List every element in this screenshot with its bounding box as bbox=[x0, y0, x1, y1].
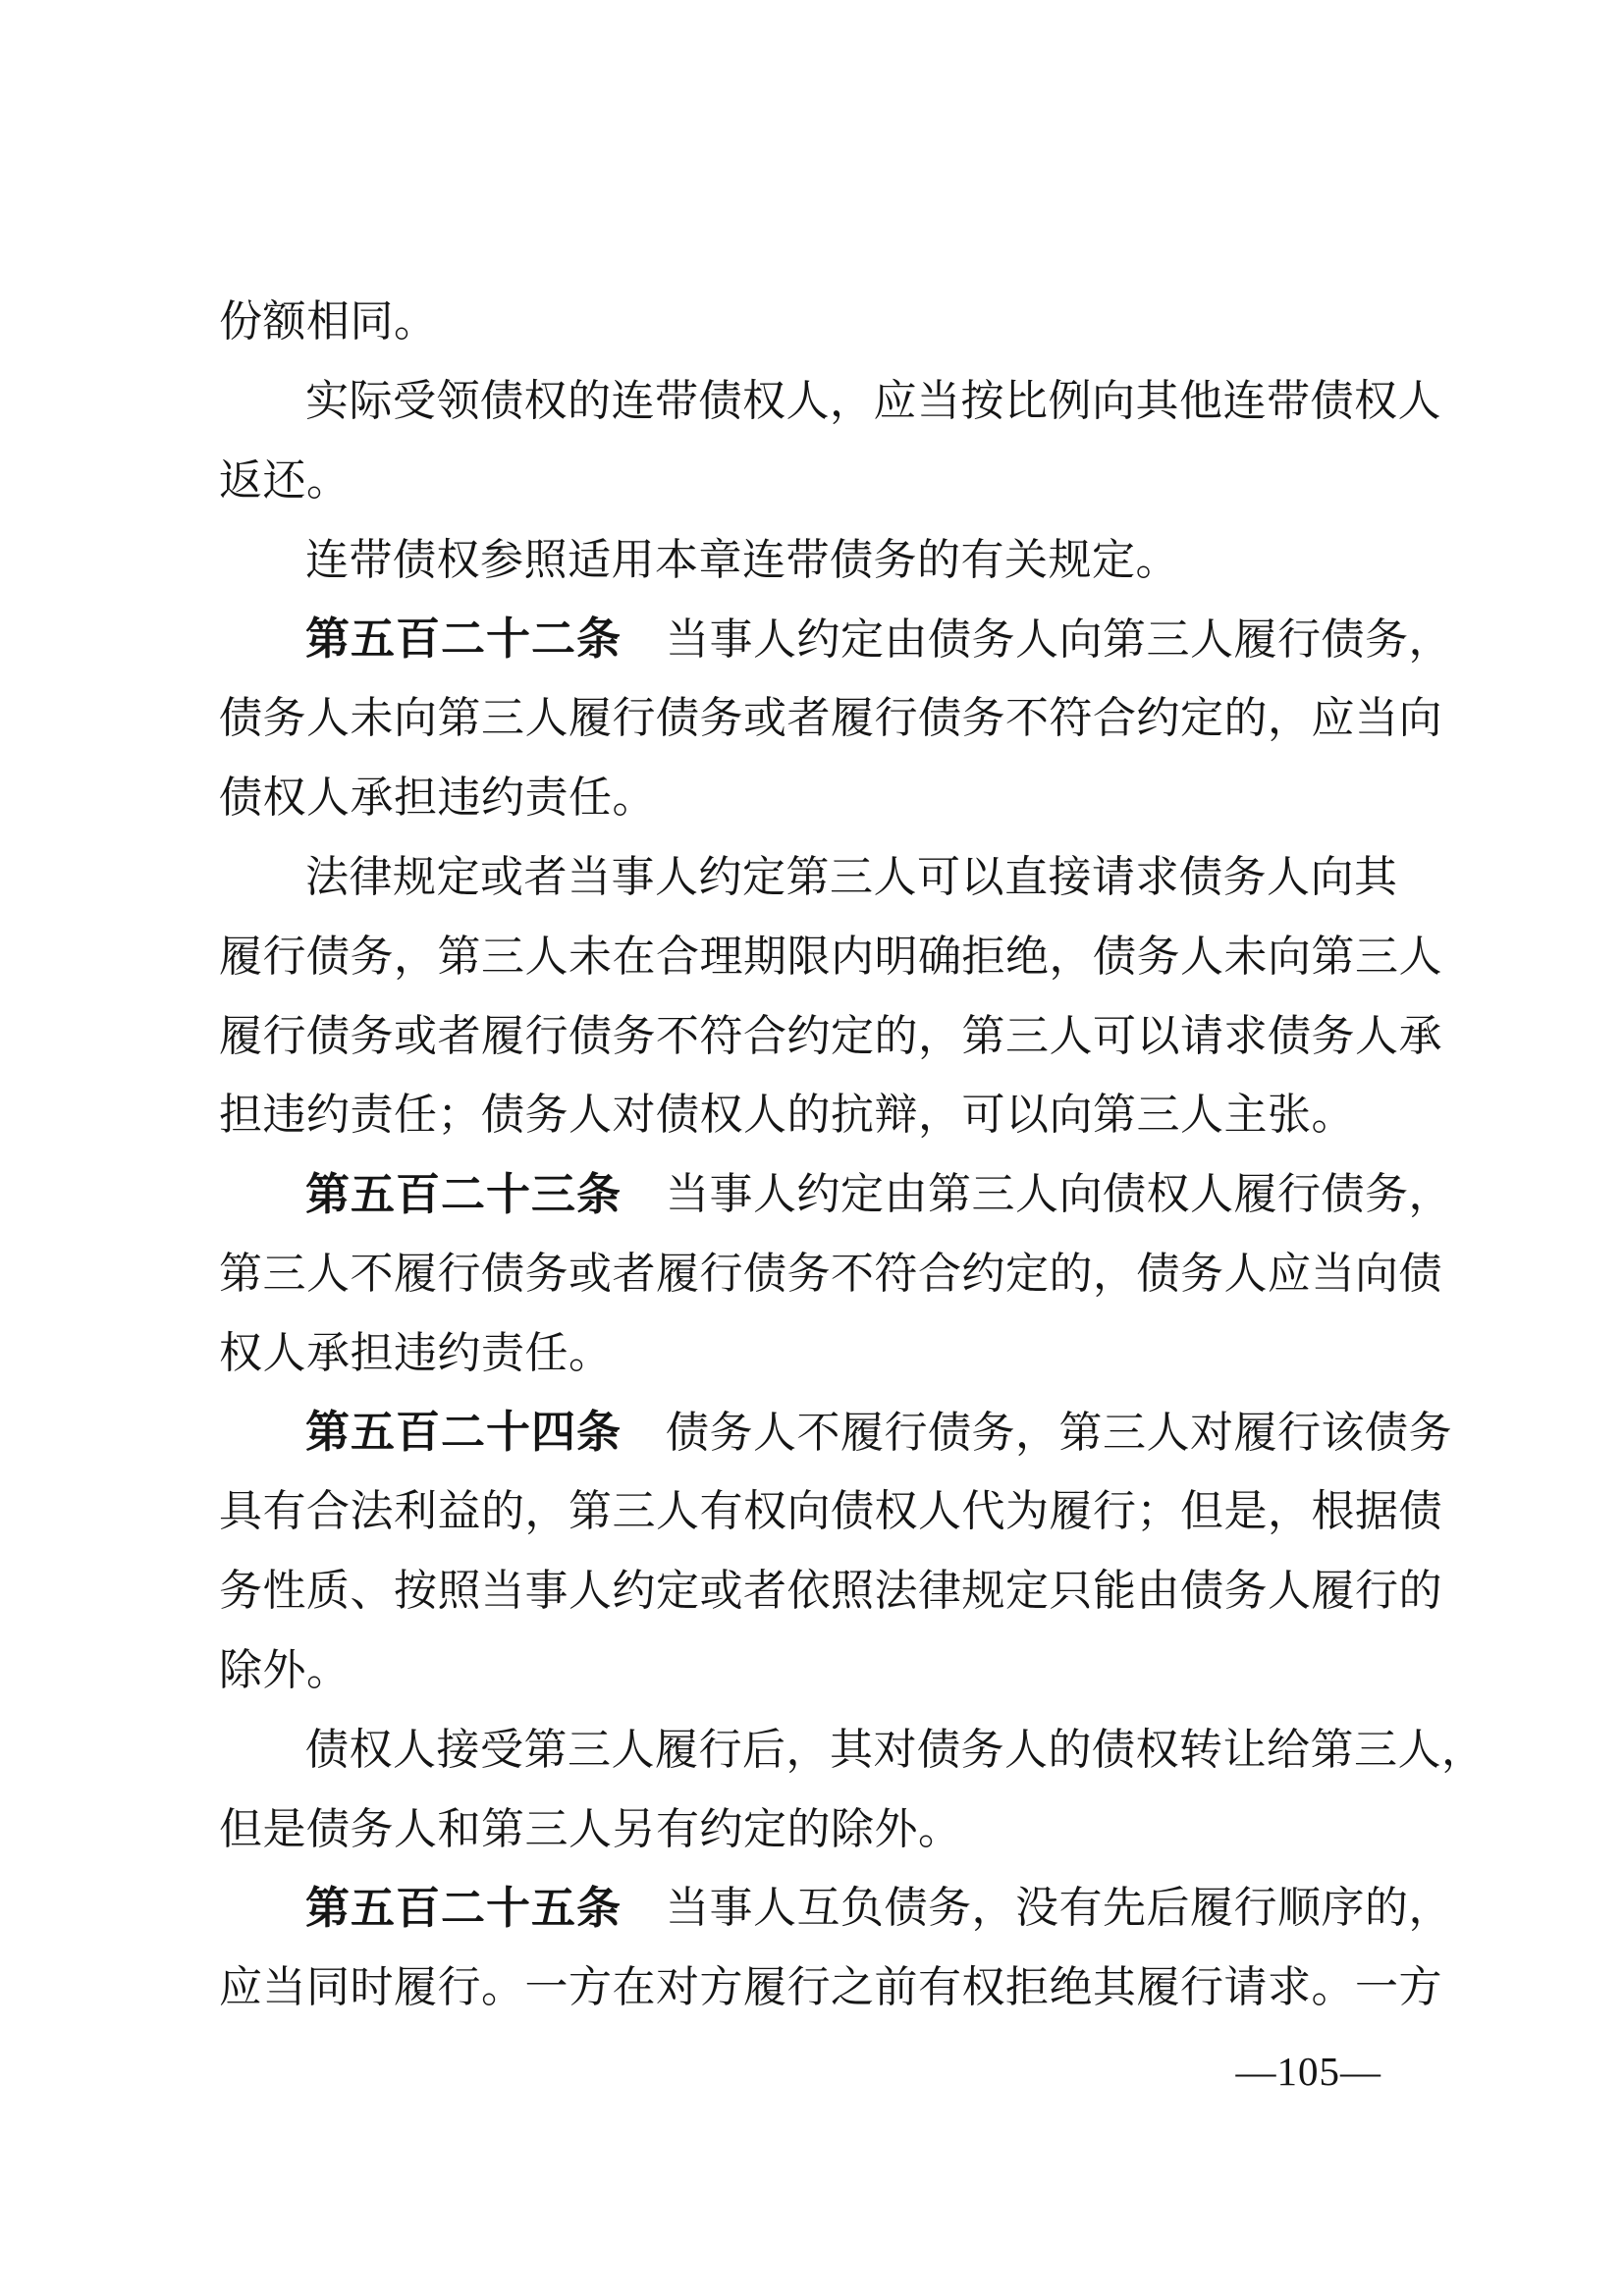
line-text: 除外。 bbox=[219, 1634, 351, 1697]
text-line: 返还。 bbox=[219, 437, 1456, 516]
line-text: 债务人未向第三人履行债务或者履行债务不符合约定的，应当向 bbox=[219, 682, 1442, 745]
line-text: 担违约责任；债务人对债权人的抗辩，可以向第三人主张。 bbox=[219, 1079, 1355, 1142]
line-text: 份额相同。 bbox=[219, 286, 438, 348]
text-line: 债务人未向第三人履行债务或者履行债务不符合约定的，应当向 bbox=[219, 674, 1456, 754]
line-text: 连带债权参照适用本章连带债务的有关规定。 bbox=[305, 524, 1179, 587]
text-line: 具有合法利益的，第三人有权向债权人代为履行；但是，根据债 bbox=[219, 1468, 1456, 1547]
text-line: 份额相同。 bbox=[219, 278, 1456, 357]
article-number: 第五百二十三条 bbox=[305, 1158, 622, 1222]
text-line: 债权人接受第三人履行后，其对债务人的债权转让给第三人， bbox=[219, 1705, 1456, 1785]
line-text: 债权人接受第三人履行后，其对债务人的债权转让给第三人， bbox=[305, 1714, 1486, 1777]
text-line: 实际受领债权的连带债权人，应当按比例向其他连带债权人 bbox=[219, 357, 1456, 437]
line-text: 当事人约定由债务人向第三人履行债务， bbox=[666, 604, 1452, 667]
text-line: 务性质、按照当事人约定或者依照法律规定只能由债务人履行的 bbox=[219, 1547, 1456, 1627]
article-heading-line: 第五百二十二条当事人约定由债务人向第三人履行债务， bbox=[219, 595, 1456, 674]
text-line: 但是债务人和第三人另有约定的除外。 bbox=[219, 1785, 1456, 1864]
line-text: 具有合法利益的，第三人有权向债权人代为履行；但是，根据债 bbox=[219, 1475, 1442, 1538]
line-text: 权人承担违约责任。 bbox=[219, 1317, 613, 1380]
article-number: 第五百二十二条 bbox=[305, 603, 622, 667]
article-heading-line: 第五百二十三条当事人约定由第三人向债权人履行债务， bbox=[219, 1150, 1456, 1230]
text-line: 应当同时履行。一方在对方履行之前有权拒绝其履行请求。一方 bbox=[219, 1944, 1456, 2023]
line-text: 债权人承担违约责任。 bbox=[219, 762, 656, 825]
line-text: 债务人不履行债务，第三人对履行该债务 bbox=[666, 1397, 1452, 1460]
text-line: 法律规定或者当事人约定第三人可以直接请求债务人向其 bbox=[219, 833, 1456, 913]
text-line: 担违约责任；债务人对债权人的抗辩，可以向第三人主张。 bbox=[219, 1071, 1456, 1150]
line-text: 返还。 bbox=[219, 445, 351, 507]
line-text: 履行债务，第三人未在合理期限内明确拒绝，债务人未向第三人 bbox=[219, 921, 1442, 984]
text-line: 债权人承担违约责任。 bbox=[219, 754, 1456, 833]
text-line: 连带债权参照适用本章连带债务的有关规定。 bbox=[219, 515, 1456, 595]
line-text: 第三人不履行债务或者履行债务不符合约定的，债务人应当向债 bbox=[219, 1238, 1442, 1301]
text-line: 履行债务，第三人未在合理期限内明确拒绝，债务人未向第三人 bbox=[219, 912, 1456, 991]
text-line: 第三人不履行债务或者履行债务不符合约定的，债务人应当向债 bbox=[219, 1230, 1456, 1309]
line-text: 当事人约定由第三人向债权人履行债务， bbox=[666, 1158, 1452, 1221]
line-text: 应当同时履行。一方在对方履行之前有权拒绝其履行请求。一方 bbox=[219, 1951, 1442, 2014]
article-heading-line: 第五百二十四条债务人不履行债务，第三人对履行该债务 bbox=[219, 1388, 1456, 1468]
article-number: 第五百二十五条 bbox=[305, 1872, 622, 1936]
text-line: 履行债务或者履行债务不符合约定的，第三人可以请求债务人承 bbox=[219, 991, 1456, 1071]
line-text: 实际受领债权的连带债权人，应当按比例向其他连带债权人 bbox=[305, 365, 1441, 428]
article-heading-line: 第五百二十五条当事人互负债务，没有先后履行顺序的， bbox=[219, 1864, 1456, 1944]
article-number: 第五百二十四条 bbox=[305, 1396, 622, 1460]
text-line: 除外。 bbox=[219, 1627, 1456, 1706]
line-text: 但是债务人和第三人另有约定的除外。 bbox=[219, 1793, 962, 1856]
line-text: 当事人互负债务，没有先后履行顺序的， bbox=[666, 1872, 1452, 1935]
line-text: 法律规定或者当事人约定第三人可以直接请求债务人向其 bbox=[305, 841, 1398, 904]
line-text: 务性质、按照当事人约定或者依照法律规定只能由债务人履行的 bbox=[219, 1555, 1442, 1618]
page-number: —105— bbox=[1236, 2048, 1382, 2095]
law-text-block: 份额相同。实际受领债权的连带债权人，应当按比例向其他连带债权人返还。连带债权参照… bbox=[219, 278, 1456, 2023]
document-page: 份额相同。实际受领债权的连带债权人，应当按比例向其他连带债权人返还。连带债权参照… bbox=[0, 0, 1624, 2296]
line-text: 履行债务或者履行债务不符合约定的，第三人可以请求债务人承 bbox=[219, 1000, 1442, 1063]
text-line: 权人承担违约责任。 bbox=[219, 1308, 1456, 1388]
